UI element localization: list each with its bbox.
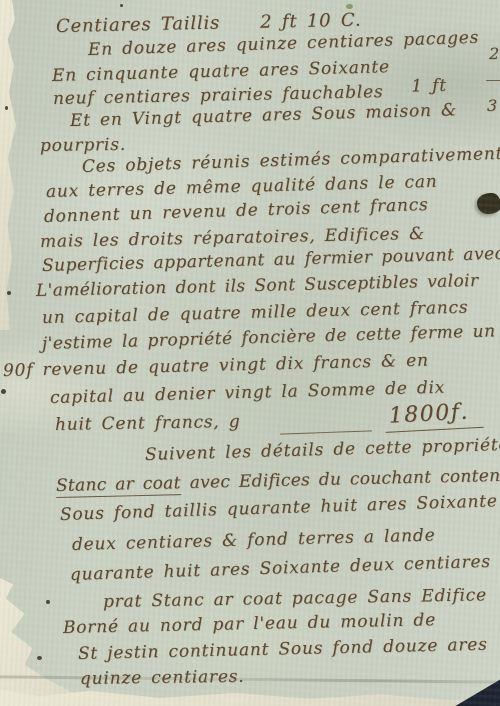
torn-edge-bottom [0, 688, 500, 706]
line-text: avec Edifices du couchant contenant [190, 465, 500, 493]
line-text: quarante huit ares Soixante deux centiar… [70, 552, 492, 585]
manuscript-line: St jestin continuant Sous fond douze are… [78, 636, 488, 665]
line-text: Centiares Taillis [56, 13, 221, 37]
line-text: pourpris. [40, 135, 126, 156]
torn-edge-left [0, 0, 20, 330]
manuscript-line: Stanc ar coatavec Edifices du couchant c… [56, 466, 500, 496]
green-smudge [346, 4, 353, 9]
manuscript-line: 90f revenu de quatre vingt dix francs & … [3, 352, 429, 382]
line-text: quinze centiares. [80, 667, 245, 689]
manuscript-line: deux centiares & fond terres a lande [72, 526, 436, 555]
manuscript-line: Borné au nord par l'eau du moulin de [63, 611, 436, 638]
line-text: prat Stanc ar coat pacage Sans Edifice [103, 585, 487, 612]
ink-dot [7, 291, 11, 295]
line-text: L'amélioration dont ils Sont Susceptible… [36, 271, 479, 301]
manuscript-line: quarante huit ares Soixante deux centiar… [70, 553, 492, 586]
line-text: 90f revenu de quatre vingt dix francs & … [3, 351, 429, 381]
line-text: St jestin continuant Sous fond douze are… [78, 635, 488, 664]
ink-dot [37, 656, 42, 660]
ink-blot [477, 193, 500, 214]
line-text: Borné au nord par l'eau du moulin de [63, 610, 436, 638]
manuscript-line: quinze centiares. [80, 668, 245, 690]
ink-dot [120, 4, 123, 7]
margin-dash [486, 80, 500, 81]
line-text: En cinquante quatre ares Soixante [52, 57, 390, 86]
manuscript-line: L'amélioration dont ils Sont Susceptible… [36, 272, 479, 302]
ruled-dash [280, 430, 372, 434]
line-amount: 2 ƒt 10 C. [260, 10, 362, 33]
manuscript-page-photo: Centiares Taillis2 ƒt 10 C. En douze are… [0, 0, 500, 706]
manuscript-line: prat Stanc ar coat pacage Sans Edifice [103, 586, 487, 612]
line-text: huit Cent francs, g [55, 412, 241, 435]
manuscript-line-section-heading: Suivent les détails de cette propriété [145, 436, 500, 466]
ink-dot [1, 389, 6, 394]
line-text: Suivent les détails de cette propriété [145, 435, 500, 465]
margin-number: 3 [487, 96, 498, 115]
margin-number: 2 [489, 44, 500, 63]
crease-line [0, 675, 500, 683]
manuscript-line: Sous fond taillis quarante huit ares Soi… [60, 492, 498, 525]
line-amount: 1 ƒt [411, 76, 447, 97]
ink-dot [46, 600, 50, 604]
manuscript-line: pourpris. [40, 136, 126, 157]
line-text: deux centiares & fond terres a lande [72, 525, 436, 555]
total-amount: 1800ƒ. [384, 399, 484, 433]
manuscript-line-total: huit Cent francs, g1800ƒ. [55, 413, 241, 436]
underlined-place-name: Stanc ar coat [56, 473, 181, 498]
ink-dot [5, 106, 8, 110]
